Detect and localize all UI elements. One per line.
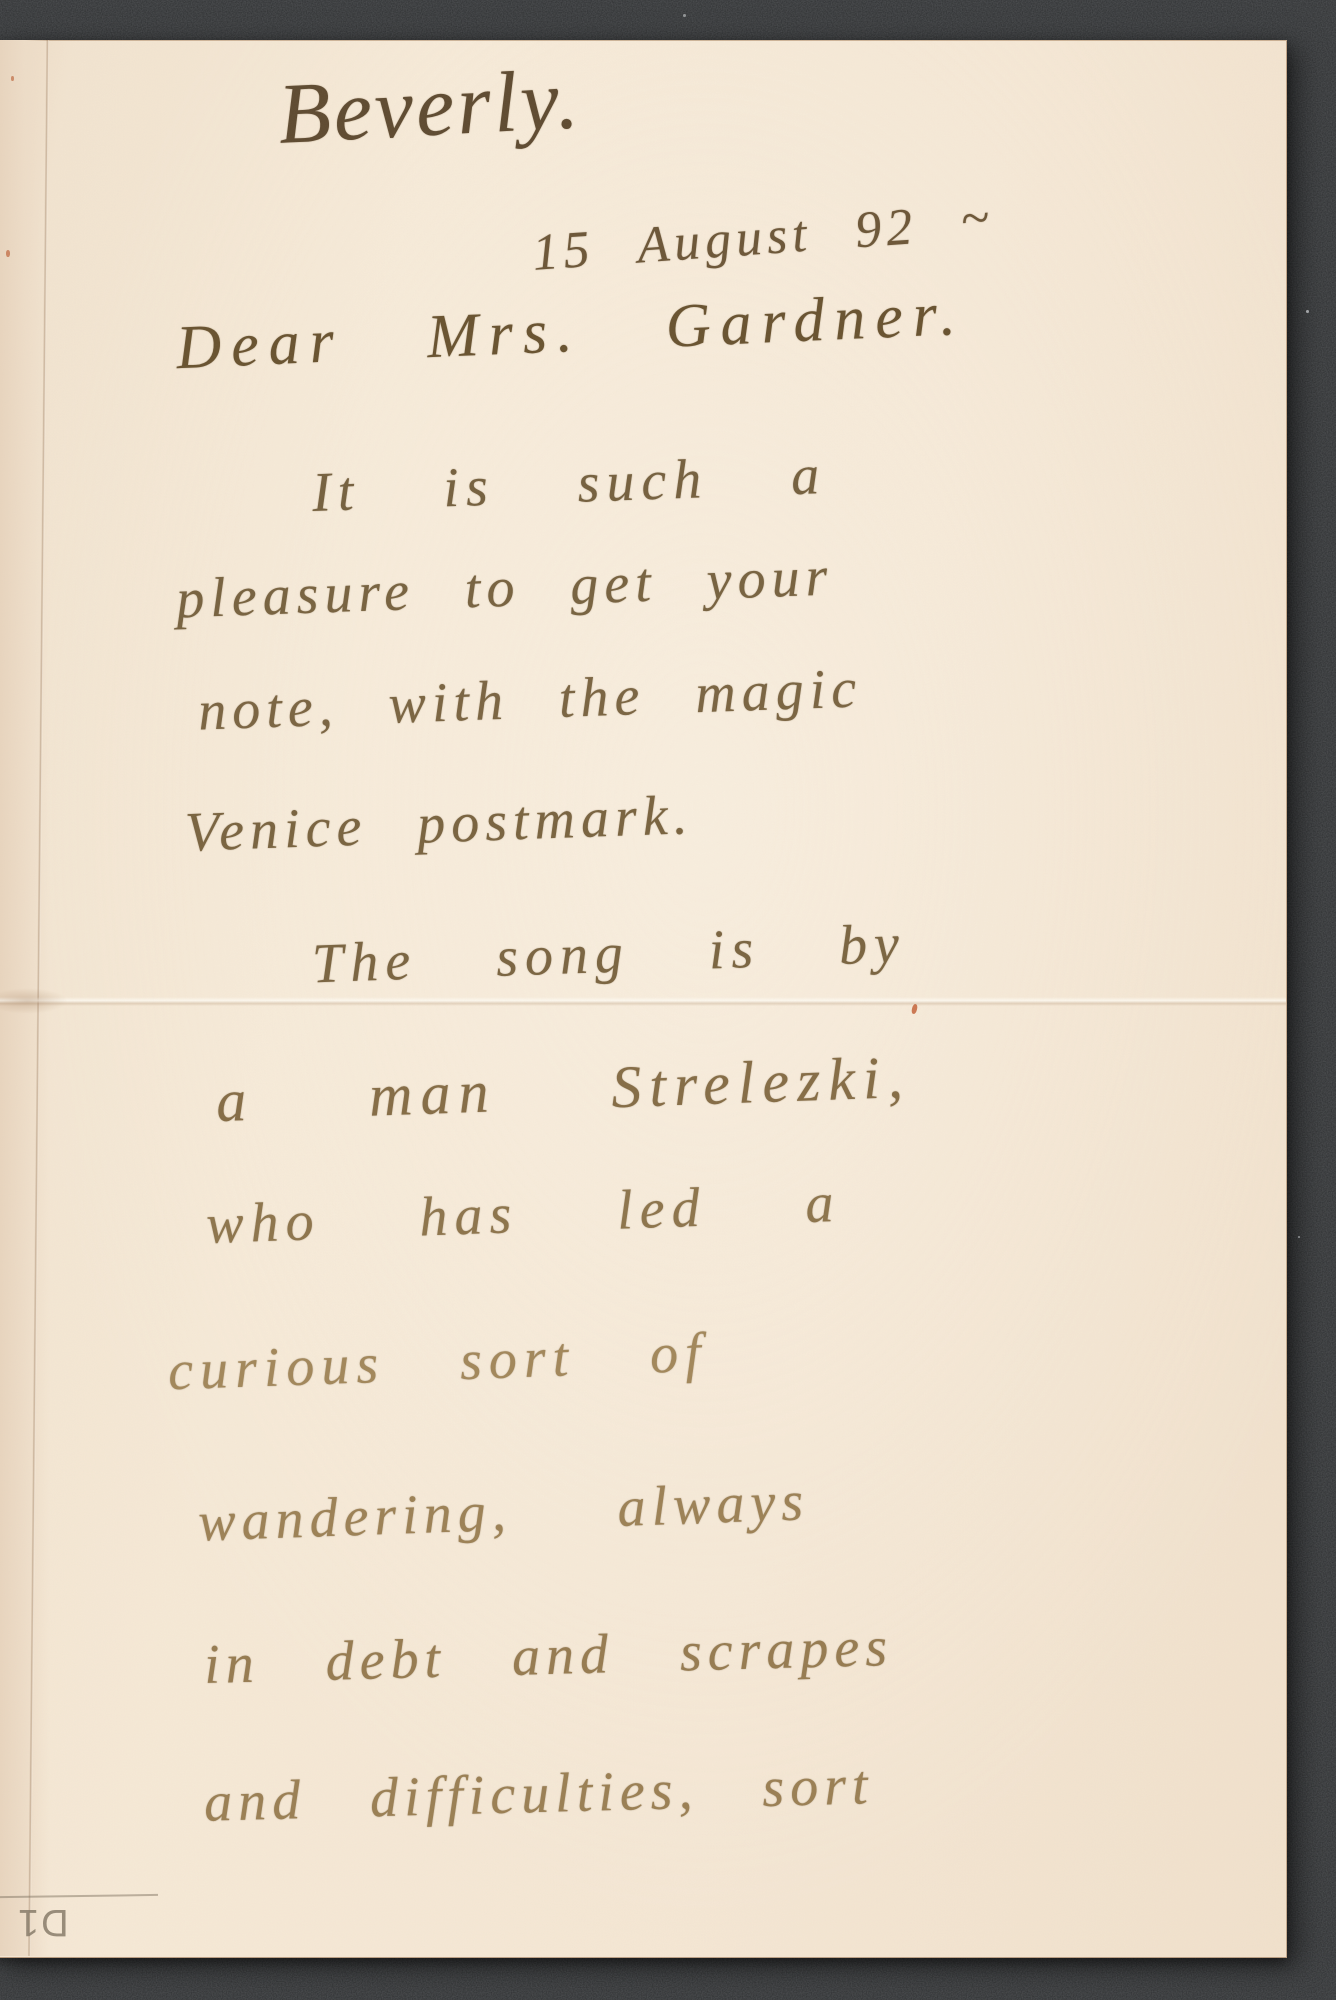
date-flourish-stroke: ~ bbox=[959, 188, 991, 249]
red-ink-speck bbox=[11, 76, 14, 81]
scanned-letter-page: Beverly. 15 August 92 ~ Dear Mrs. Gardne… bbox=[0, 0, 1336, 2000]
catalog-mark: D1 bbox=[16, 1900, 69, 1943]
red-ink-speck bbox=[6, 250, 10, 257]
horizontal-fold-crease bbox=[0, 997, 1286, 1006]
letter-place-line: Beverly. bbox=[276, 48, 584, 164]
dust-speck bbox=[683, 14, 686, 17]
crease-wear-patch bbox=[0, 988, 68, 1014]
dust-speck bbox=[1306, 310, 1309, 313]
dust-speck bbox=[1298, 1236, 1300, 1238]
